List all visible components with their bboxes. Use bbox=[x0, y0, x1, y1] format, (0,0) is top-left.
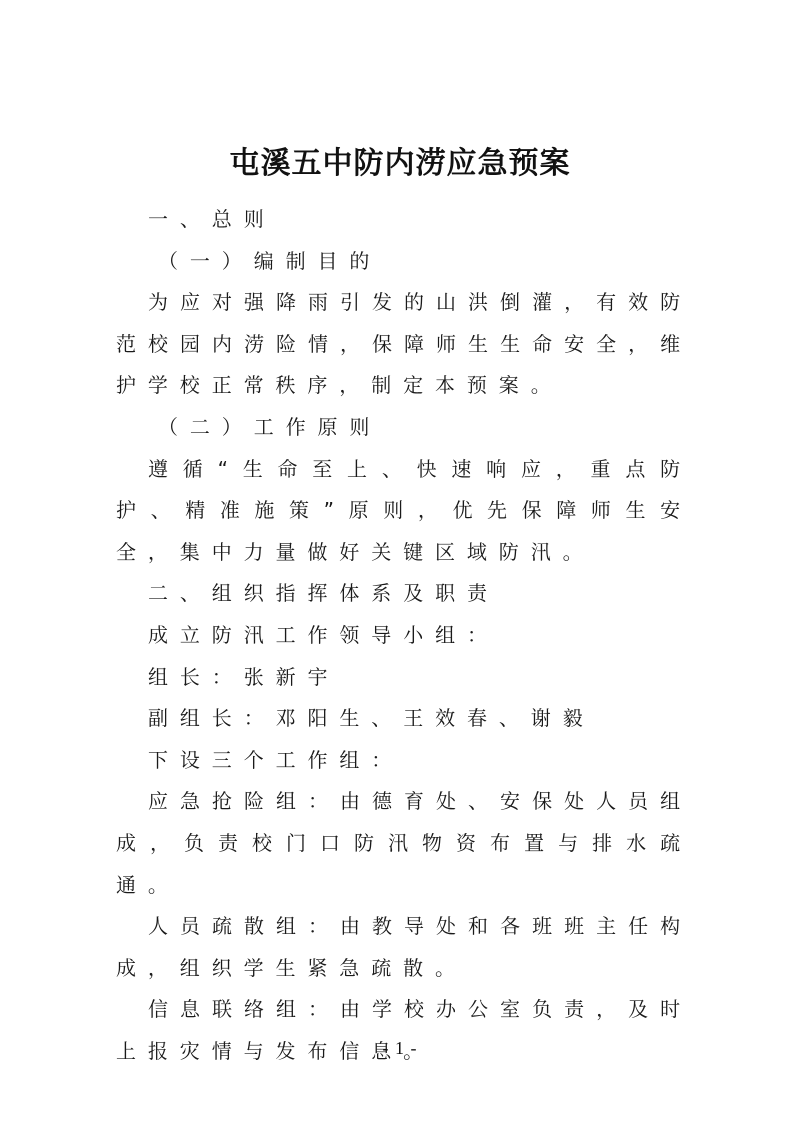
document-page: 屯溪五中防内涝应急预案 一、总则 （一）编制目的 为应对强降雨引发的山洪倒灌，有… bbox=[0, 0, 800, 1132]
section-heading-general: 一、总则 bbox=[116, 199, 692, 241]
paragraph-group-leader: 组长：张新宇 bbox=[116, 657, 692, 699]
paragraph-deputy-leaders: 副组长：邓阳生、王效春、谢毅 bbox=[116, 698, 692, 740]
subsection-heading-principles: （二）工作原则 bbox=[116, 407, 692, 449]
section-heading-organization: 二、组织指挥体系及职责 bbox=[116, 573, 692, 615]
paragraph-leadership-group: 成立防汛工作领导小组： bbox=[116, 615, 692, 657]
document-title: 屯溪五中防内涝应急预案 bbox=[0, 142, 800, 186]
document-body: 一、总则 （一）编制目的 为应对强降雨引发的山洪倒灌，有效防范校园内涝险情，保障… bbox=[116, 199, 692, 1072]
paragraph-rescue-group: 应急抢险组：由德育处、安保处人员组成，负责校门口防汛物资布置与排水疏通。 bbox=[116, 781, 692, 906]
paragraph-purpose: 为应对强降雨引发的山洪倒灌，有效防范校园内涝险情，保障师生生命安全，维护学校正常… bbox=[116, 282, 692, 407]
paragraph-working-groups: 下设三个工作组： bbox=[116, 740, 692, 782]
page-number: - 1 - bbox=[0, 1038, 800, 1059]
subsection-heading-purpose: （一）编制目的 bbox=[116, 241, 692, 283]
paragraph-liaison-group: 信息联络组：由学校办公室负责，及时上报灾情与发布信息。 bbox=[116, 989, 692, 1072]
paragraph-evacuation-group: 人员疏散组：由教导处和各班班主任构成，组织学生紧急疏散。 bbox=[116, 906, 692, 989]
paragraph-principles: 遵循“生命至上、快速响应，重点防护、精准施策”原则，优先保障师生安全，集中力量做… bbox=[116, 449, 692, 574]
